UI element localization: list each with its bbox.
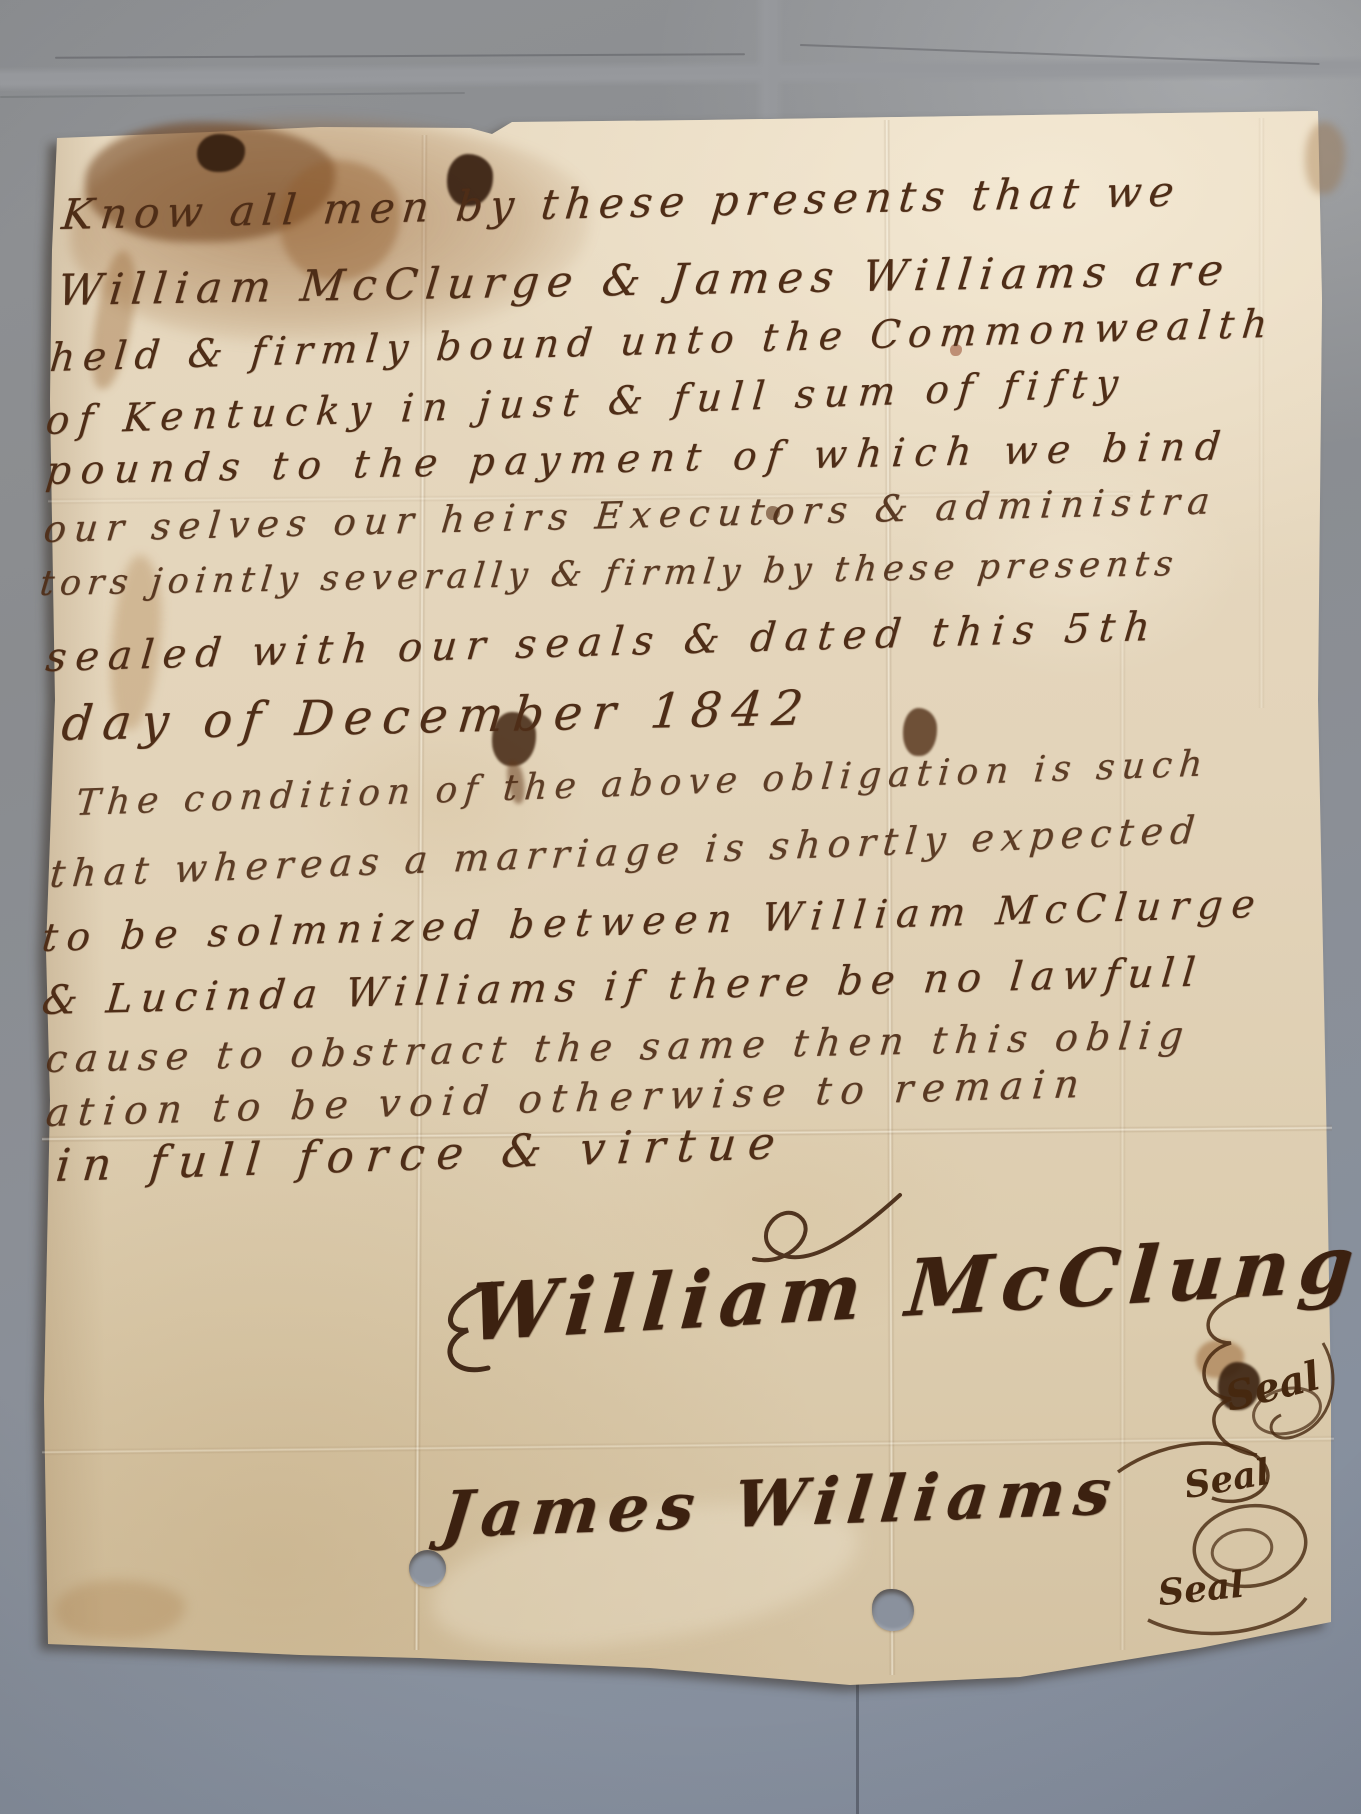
seal-scribble-2: Seal Seal xyxy=(1092,1428,1332,1653)
punch-hole xyxy=(872,1589,914,1631)
fold-crease-vertical xyxy=(1258,118,1265,708)
punch-hole xyxy=(409,1550,446,1587)
seal-label: Seal xyxy=(1156,1564,1246,1615)
photo-of-document: Know all men by these presents that we W… xyxy=(0,0,1361,1814)
